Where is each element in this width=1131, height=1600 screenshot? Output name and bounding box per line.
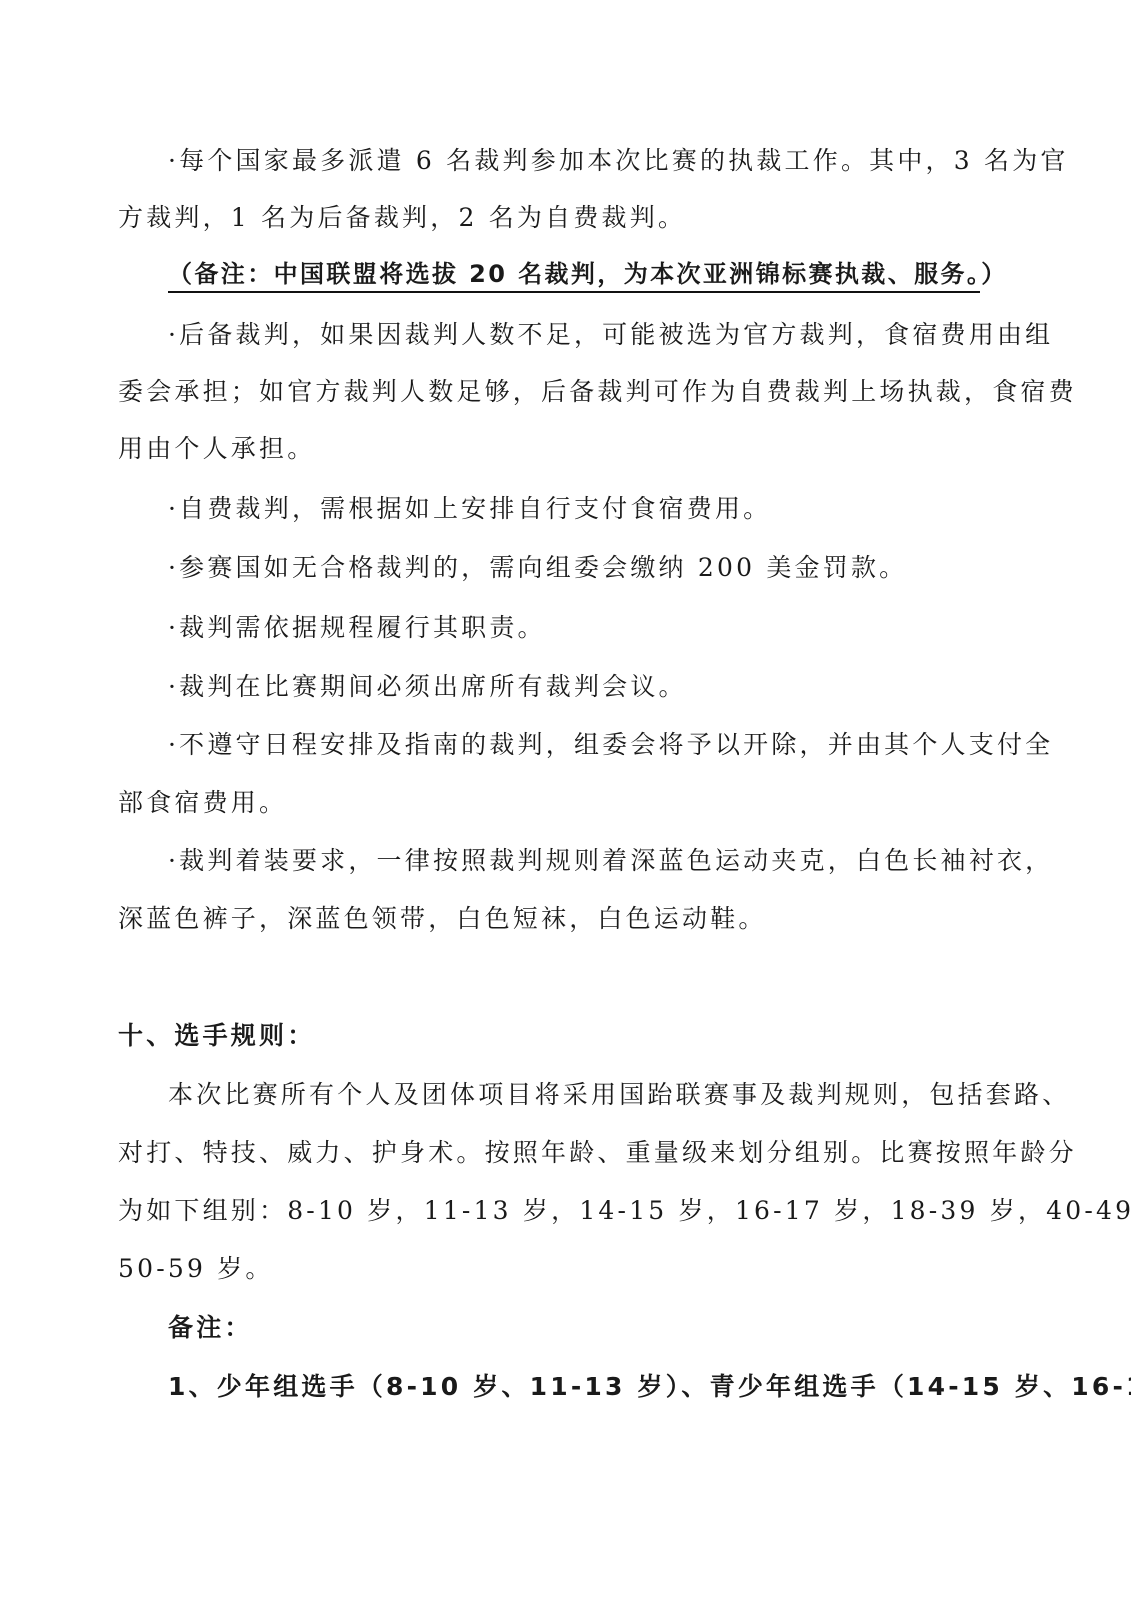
athlete-note-label: 备注： <box>168 1313 253 1343</box>
referee-para-2-line-1: ·后备裁判，如果因裁判人数不足，可能被选为官方裁判，食宿费用由组 <box>168 320 1053 350</box>
athlete-note-item-1: 1、少年组选手（8-10 岁、11-13 岁）、青少年组选手（14-15 岁、1… <box>168 1372 1131 1402</box>
referee-para-7-line-2: 部食宿费用。 <box>118 788 287 818</box>
referee-para-3: ·自费裁判，需根据如上安排自行支付食宿费用。 <box>168 494 771 524</box>
referee-para-4: ·参赛国如无合格裁判的，需向组委会缴纳 200 美金罚款。 <box>168 553 907 583</box>
athlete-para-1-line-1: 本次比赛所有个人及团体项目将采用国跆联赛事及裁判规则，包括套路、 <box>168 1080 1070 1110</box>
document-page: ·每个国家最多派遣 6 名裁判参加本次比赛的执裁工作。其中，3 名为官 方裁判，… <box>0 0 1131 1600</box>
section-heading-athlete-rules: 十、选手规则： <box>118 1021 315 1051</box>
referee-para-1-line-1: ·每个国家最多派遣 6 名裁判参加本次比赛的执裁工作。其中，3 名为官 <box>168 146 1069 176</box>
referee-para-5: ·裁判需依据规程履行其职责。 <box>168 613 546 643</box>
athlete-para-1-line-3: 为如下组别：8-10 岁，11-13 岁，14-15 岁，16-17 岁，18-… <box>118 1196 1131 1226</box>
referee-para-8-line-1: ·裁判着装要求，一律按照裁判规则着深蓝色运动夹克，白色长袖衬衣， <box>168 846 1053 876</box>
referee-para-8-line-2: 深蓝色裤子，深蓝色领带，白色短袜，白色运动鞋。 <box>118 904 767 934</box>
referee-para-1-line-2: 方裁判，1 名为后备裁判，2 名为自费裁判。 <box>118 203 686 233</box>
athlete-para-1-line-2: 对打、特技、威力、护身术。按照年龄、重量级来划分组别。比赛按照年龄分 <box>118 1138 1077 1168</box>
referee-para-6: ·裁判在比赛期间必须出席所有裁判会议。 <box>168 672 687 702</box>
referee-para-7-line-1: ·不遵守日程安排及指南的裁判，组委会将予以开除，并由其个人支付全 <box>168 730 1053 760</box>
referee-para-2-line-2: 委会承担；如官方裁判人数足够，后备裁判可作为自费裁判上场执裁，食宿费 <box>118 377 1077 407</box>
referee-para-2-line-3: 用由个人承担。 <box>118 434 315 464</box>
athlete-para-1-line-4: 50-59 岁。 <box>118 1254 274 1284</box>
referee-note-underlined: （备注：中国联盟将选拔 20 名裁判，为本次亚洲锦标赛执裁、服务。） <box>168 259 980 293</box>
